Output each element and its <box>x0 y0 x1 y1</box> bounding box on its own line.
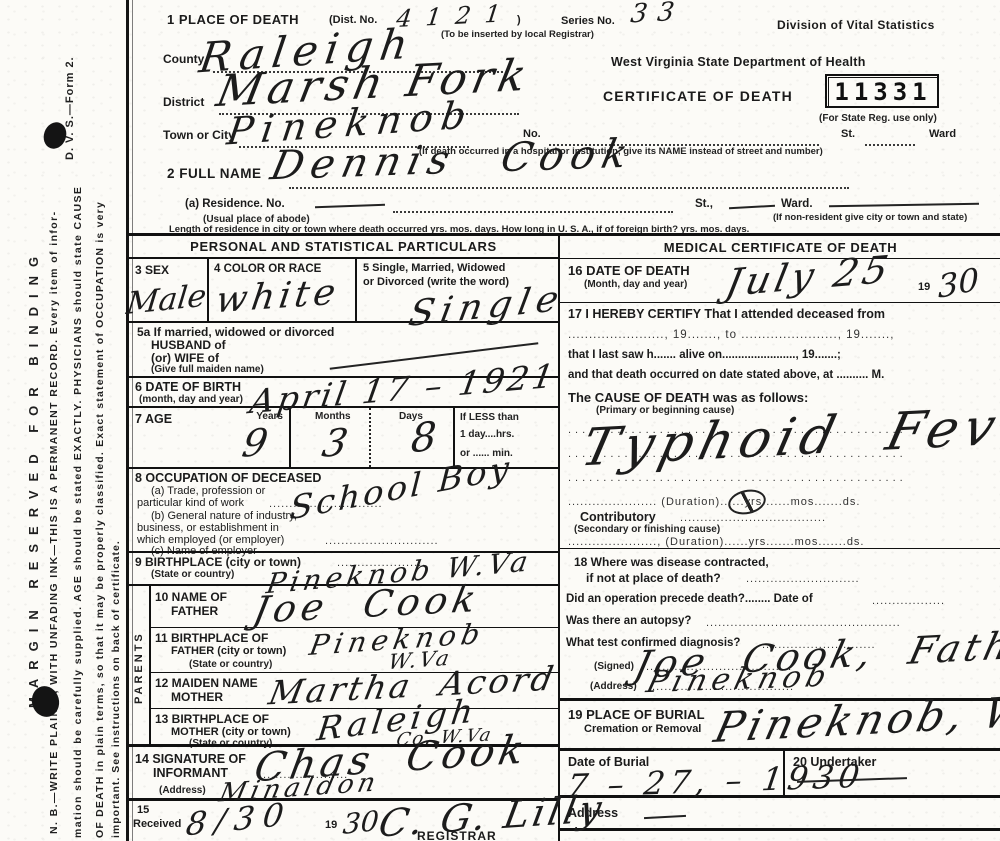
q18-line2: if not at place of death? <box>586 571 721 585</box>
place-of-burial-section: 19 PLACE OF BURIAL Cremation or Removal … <box>560 698 1000 748</box>
margin-note-1: N. B.—WRITE PLAINLY, WITH UNFADING INK—T… <box>48 211 60 835</box>
occupation-a-line2: particular kind of work <box>137 497 244 509</box>
date-of-death-section: 16 DATE OF DEATH (Month, day and year) J… <box>560 259 1000 303</box>
certificate-title: CERTIFICATE OF DEATH <box>603 88 793 104</box>
father-bp-label2: FATHER (city or town) <box>171 645 286 657</box>
duration-line2: ......................, (Duration)......… <box>568 536 865 548</box>
duration-line1: ...................... (Duration)......y… <box>568 496 860 508</box>
margin-note-2: mation should be carefully supplied. AGE… <box>72 186 84 838</box>
personal-title: PERSONAL AND STATISTICAL PARTICULARS <box>129 236 558 259</box>
informant-label2: INFORMANT <box>153 766 228 780</box>
parents-section: PARENTS 10 NAME OF FATHER Joe Cook 11 BI… <box>129 584 558 744</box>
burial-date-value: 7 – 27, – 1930 <box>565 760 867 802</box>
father-name-row: 10 NAME OF FATHER Joe Cook <box>151 586 558 627</box>
residence-st-label: St., <box>695 198 713 210</box>
registration-number-box: 11331 <box>825 74 939 108</box>
informant-addr-label: (Address) <box>159 785 206 796</box>
medical-column: MEDICAL CERTIFICATE OF DEATH 16 DATE OF … <box>560 236 1000 841</box>
mother-bp-label1: 13 BIRTHPLACE OF <box>155 712 269 726</box>
residence-leader <box>393 210 673 213</box>
race-label: 4 COLOR OR RACE <box>214 263 321 275</box>
particulars-columns: PERSONAL AND STATISTICAL PARTICULARS 3 S… <box>129 233 1000 841</box>
address-blank-stroke <box>644 815 686 819</box>
series-no-label: Series No. <box>561 15 615 27</box>
certify-line3: that I last saw h....... alive on.......… <box>568 349 841 361</box>
contributory-label: Contributory <box>580 510 656 524</box>
received-num: 15 <box>137 804 149 816</box>
age-years-value: 9 <box>239 423 270 463</box>
dod-sub-label: (Month, day and year) <box>584 279 687 290</box>
department-title: West Virginia State Department of Health <box>611 55 866 69</box>
occupation-b-line1: (b) General nature of industry, <box>151 510 297 522</box>
dob-label: 6 DATE OF BIRTH <box>135 380 241 394</box>
certify-line2: ......................., 19......., to .… <box>568 329 894 341</box>
registration-number: 11331 <box>828 77 938 107</box>
cause-label: The CAUSE OF DEATH was as follows: <box>568 390 808 405</box>
certify-section: 17 I HEREBY CERTIFY That I attended dece… <box>560 303 1000 388</box>
address-value-18: Pineknob <box>643 662 834 698</box>
occupation-section: 8 OCCUPATION OF DECEASED (a) Trade, prof… <box>129 467 558 551</box>
fullname-label: 2 FULL NAME <box>167 166 262 181</box>
dod-label: 16 DATE OF DEATH <box>568 263 690 278</box>
dod-year-value: 30 <box>937 263 979 303</box>
m5a-line3: (or) WIFE of <box>151 351 219 365</box>
q-operation-leader: .................. <box>872 595 945 607</box>
burial-date-undertaker-row: Date of Burial 7 – 27, – 1930 20 Underta… <box>560 748 1000 795</box>
sex-cell: 3 SEX Male <box>129 259 207 321</box>
father-bp-label1: 11 BIRTHPLACE OF <box>155 631 268 645</box>
burial-label1: 19 PLACE OF BURIAL <box>568 707 705 722</box>
age-less-line1: If LESS than <box>460 412 519 423</box>
mother-name-row: 12 MAIDEN NAME MOTHER Martha Acord <box>151 672 558 709</box>
nonresident-note: (If non-resident give city or town and s… <box>773 212 967 223</box>
sex-label: 3 SEX <box>135 263 169 277</box>
division-title: Division of Vital Statistics <box>777 18 935 32</box>
fullname-value: Dennis Cook <box>267 134 638 187</box>
occupation-b-leader: ............................ <box>325 535 439 547</box>
certify-line4: and that death occurred on date stated a… <box>568 369 884 381</box>
signed-label: (Signed) <box>594 661 634 672</box>
m5a-line1: 5a If married, widowed or divorced <box>137 325 334 339</box>
occupation-label: 8 OCCUPATION OF DECEASED <box>135 471 321 485</box>
residence-ward-stroke <box>829 203 979 208</box>
informant-section: 14 SIGNATURE OF INFORMANT ..............… <box>129 744 558 798</box>
certify-line1: 17 I HEREBY CERTIFY That I attended dece… <box>568 307 885 321</box>
state-reg-note: (For State Reg. use only) <box>819 113 937 124</box>
date-of-birth-section: 6 DATE OF BIRTH (month, day and year) Ap… <box>129 376 558 406</box>
residence-ward-label: Ward. <box>781 198 813 210</box>
margin-note-4: important. See instructions on back of c… <box>110 540 122 838</box>
age-less-line2: 1 day....hrs. <box>460 429 514 440</box>
death-certificate-scan: MARGIN RESERVED FOR BINDING D. V. S.—For… <box>0 0 1000 841</box>
margin-binding-text: MARGIN RESERVED FOR BINDING <box>26 248 41 708</box>
certificate-form: 1 PLACE OF DEATH (Dist. No. 4121 ) Serie… <box>126 0 1000 841</box>
medical-title: MEDICAL CERTIFICATE OF DEATH <box>560 236 1000 259</box>
dob-sub-label: (month, day and year) <box>139 394 243 405</box>
age-label-cell: 7 AGE <box>129 408 209 467</box>
st-leader <box>865 143 915 146</box>
received-label: Received <box>133 818 181 830</box>
received-section: 15 Received 8/30 19 30 C. G. Lilly REGIS… <box>129 798 558 841</box>
race-cell: 4 COLOR OR RACE white <box>207 259 355 321</box>
q-autopsy-leader: ........................................… <box>706 617 901 629</box>
certificate-header: 1 PLACE OF DEATH (Dist. No. 4121 ) Serie… <box>129 0 1000 233</box>
father-name-label2: FATHER <box>171 604 218 618</box>
district-label: District <box>163 95 204 109</box>
mother-bp-label2: MOTHER (city or town) <box>171 726 291 738</box>
parents-rows: 10 NAME OF FATHER Joe Cook 11 BIRTHPLACE… <box>151 586 558 744</box>
age-months-cell: Months 3 <box>289 408 369 467</box>
father-bp-label3: (State or country) <box>189 659 272 670</box>
sex-race-marital-row: 3 SEX Male 4 COLOR OR RACE white 5 Singl… <box>129 259 558 321</box>
q18-line1: 18 Where was disease contracted, <box>574 555 769 569</box>
margin-form-number: D. V. S.—Form 2. <box>64 56 76 160</box>
district-no-close: ) <box>517 14 521 26</box>
m5a-line2: HUSBAND of <box>151 338 226 352</box>
mother-name-label1: 12 MAIDEN NAME <box>155 676 258 690</box>
dod-year-pre: 19 <box>918 281 930 293</box>
burial-label2: Cremation or Removal <box>584 723 701 735</box>
occupation-b-line2: business, or establishment in <box>137 522 279 534</box>
parents-label-cell: PARENTS <box>129 586 151 744</box>
age-months-value: 3 <box>319 423 350 463</box>
received-year-value: 30 <box>342 807 380 839</box>
received-year-pre: 19 <box>325 819 337 831</box>
q-autopsy-line: Was there an autopsy? <box>566 615 691 627</box>
contributory-sub-label: (Secondary or finishing cause) <box>574 524 720 535</box>
series-note: (To be inserted by local Registrar) <box>441 29 594 40</box>
marital-cell: 5 Single, Married, Widowed or Divorced (… <box>355 259 558 321</box>
sex-value: Male <box>125 281 208 320</box>
contributory-leader: .................................... <box>680 512 826 524</box>
age-days-value: 8 <box>410 416 437 459</box>
personal-column: PERSONAL AND STATISTICAL PARTICULARS 3 S… <box>129 236 560 841</box>
ward-label: Ward <box>929 128 956 140</box>
informant-label1: 14 SIGNATURE OF <box>135 752 246 766</box>
q-operation-line: Did an operation precede death?........ … <box>566 593 813 605</box>
personal-title-text: PERSONAL AND STATISTICAL PARTICULARS <box>190 239 497 254</box>
marital-label-1: 5 Single, Married, Widowed <box>363 262 505 274</box>
parents-label: PARENTS <box>133 631 145 704</box>
m5a-line4: (Give full maiden name) <box>151 364 264 375</box>
residence-no-stroke <box>315 204 385 208</box>
binding-margin: MARGIN RESERVED FOR BINDING D. V. S.—For… <box>0 0 126 841</box>
birthplace-sub-label: (State or country) <box>151 569 234 580</box>
town-label: Town or City <box>163 128 235 142</box>
margin-note-3: OF DEATH in plain terms, so that it may … <box>94 201 106 838</box>
fullname-leader <box>289 186 849 189</box>
cause-of-death-section: The CAUSE OF DEATH was as follows: (Prim… <box>560 388 1000 548</box>
st-label: St. <box>841 128 855 140</box>
age-label: 7 AGE <box>135 412 172 426</box>
race-value: white <box>214 275 342 319</box>
birthplace-section: 9 BIRTHPLACE (city or town) ............… <box>129 551 558 584</box>
series-no-value: 33 <box>629 0 686 27</box>
disease-contracted-section: 18 Where was disease contracted, if not … <box>560 548 1000 698</box>
residence-st-stroke <box>729 205 775 209</box>
father-name-label1: 10 NAME OF <box>155 590 227 604</box>
residence-label: (a) Residence. No. <box>185 198 285 210</box>
age-days-cell: Days 8 <box>369 408 453 467</box>
place-of-death-label: 1 PLACE OF DEATH <box>167 12 299 27</box>
occupation-a-line1: (a) Trade, profession or <box>151 485 265 497</box>
burial-date-cell: Date of Burial 7 – 27, – 1930 <box>560 751 783 795</box>
q18-leader: ............................ <box>746 573 860 585</box>
mother-name-label2: MOTHER <box>171 690 223 704</box>
